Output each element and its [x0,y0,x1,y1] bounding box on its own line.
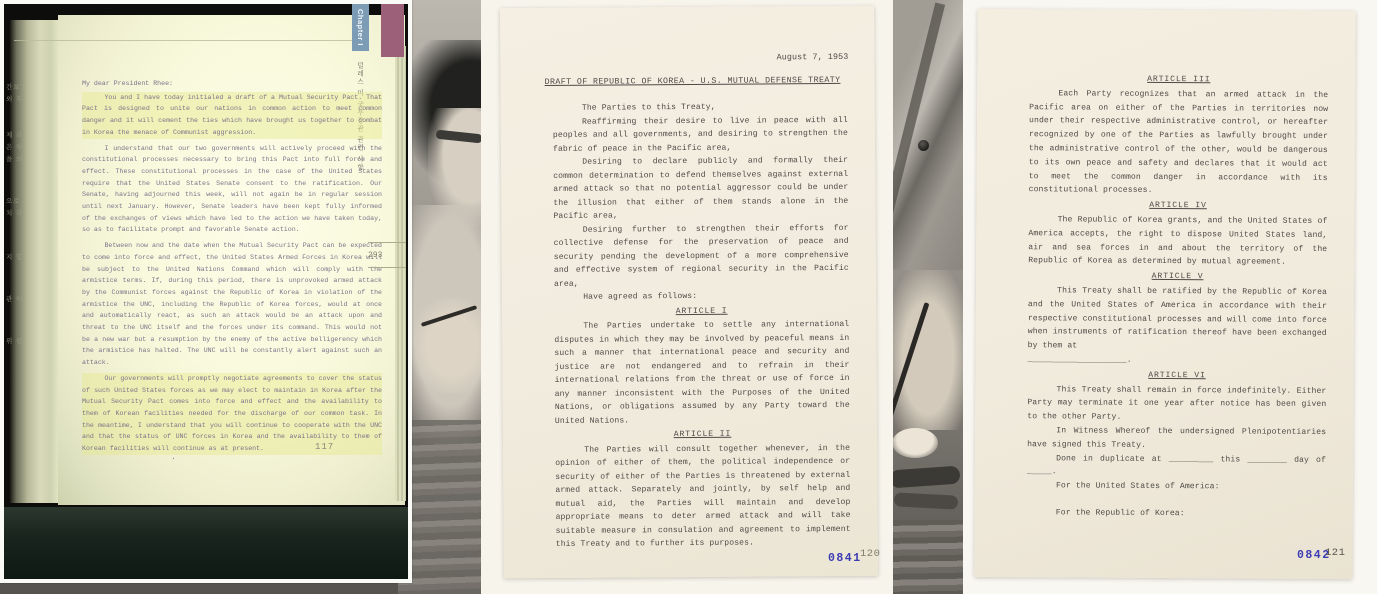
treaty-paragraph: This Treaty shall be ratified by the Rep… [1028,284,1327,355]
gutter-text-fragment: 으로 [6,196,21,205]
photo-signing-hand [888,270,968,430]
treaty-page-121-card: ARTICLE III Each Party recognizes that a… [963,0,1377,594]
article-heading: ARTICLE IV [1028,198,1327,214]
treaty-body: The Parties to this Treaty, Reaffirming … [553,100,851,552]
archive-stamp-0841: 0841 [828,552,862,565]
treaty-paragraph: The Republic of Korea grants, and the Un… [1028,213,1327,270]
gutter-text-fragment: 은 부 [6,142,23,151]
gutter-text-fragment: 을 의 [6,154,23,163]
treaty-paragraph: This Treaty shall remain in force indefi… [1027,383,1326,426]
scan-page-number-120: 120 [860,548,880,560]
footer-dot: . [171,453,176,462]
gutter-text-fragment: 외 무 [6,94,23,103]
photo-microphone [889,466,960,489]
treaty-paragraph: In Witness Whereof the undersigned Pleni… [1027,424,1326,453]
book-cover-bottom [4,507,408,579]
treaty-page-120: August 7, 1953 DRAFT OF REPUBLIC OF KORE… [500,6,878,579]
treaty-paragraph: Have agreed as follows: [554,289,849,305]
treaty-paragraph: Desiring further to strengthen their eff… [554,221,849,291]
treaty-paragraph: The Parties will consult together whenev… [555,441,851,551]
article-heading: ARTICLE VI [1027,368,1326,384]
letter-paragraph: Between now and the date when the Mutual… [82,240,382,369]
gutter-text-fragment: 관 이 [6,294,23,303]
book-photo-card: Chapter I 덜레스 미 국무장관 관련 사항 간보, 외 무 제 라 은… [0,0,412,583]
article-heading: ARTICLE III [1029,72,1328,88]
book-page-rule [14,40,368,41]
book-page-number: 117 [315,442,334,452]
document-title: DRAFT OF REPUBLIC OF KOREA - U.S. MUTUAL… [529,76,857,87]
treaty-paragraph: Done in duplicate at _________ this ____… [1027,452,1326,481]
book-photo: Chapter I 덜레스 미 국무장관 관련 사항 간보, 외 무 제 라 은… [4,4,408,579]
treaty-paragraph: Each Party recognizes that an armed atta… [1029,87,1329,199]
article-heading: ARTICLE II [555,427,850,443]
margin-note-293: 293 [368,242,406,268]
letter-paragraph: Our governments will promptly negotiate … [82,373,382,455]
gutter-text-fragment: 위 림 [6,336,23,345]
document-date: August 7, 1953 [552,52,848,64]
photo-microphone-2 [894,492,959,509]
letter-salutation: My dear President Rhee: [82,78,382,90]
gutter-text-fragment: 지 합 [6,252,23,261]
gutter-text-fragment: 제 라 [6,130,23,139]
scan-page-number-121: 121 [1325,547,1345,559]
photo-table-edge [885,520,970,594]
gutter-text-fragment: 간보, [6,82,23,91]
letter-to-president-rhee: My dear President Rhee: You and I have t… [82,78,382,459]
letter-paragraph: I understand that our two governments wi… [82,143,382,237]
signature-line-korea: For the Republic of Korea: [1027,506,1326,522]
archival-documents-collage: { "left_page_photo": { "chapter_tab_labe… [0,0,1377,594]
treaty-paragraph: Desiring to declare publicly and formall… [553,154,848,224]
article-heading: ARTICLE V [1028,269,1327,285]
letter-paragraph: You and I have today initialed a draft o… [82,92,382,139]
treaty-paragraph: Reaffirming their desire to live in peac… [553,113,848,156]
photo-suit-button [918,140,929,151]
signature-line-us: For the United States of America: [1027,479,1326,495]
photo-cup [892,428,938,458]
book-page-edges [395,46,406,501]
book-gutter [10,20,62,503]
treaty-paragraph: The Parties undertake to settle any inte… [554,318,850,428]
blank-signature-line: ____________________. [1028,353,1327,369]
chapter-tab: Chapter I [352,4,369,51]
photo-table [398,420,493,594]
tab-accent-block [381,4,404,57]
gutter-text-fragment: 치 라 [6,208,23,217]
treaty-page-121: ARTICLE III Each Party recognizes that a… [974,9,1355,579]
treaty-body: ARTICLE III Each Party recognizes that a… [1027,71,1329,522]
article-heading: ARTICLE I [554,303,849,319]
treaty-page-120-card: August 7, 1953 DRAFT OF REPUBLIC OF KORE… [481,0,893,594]
